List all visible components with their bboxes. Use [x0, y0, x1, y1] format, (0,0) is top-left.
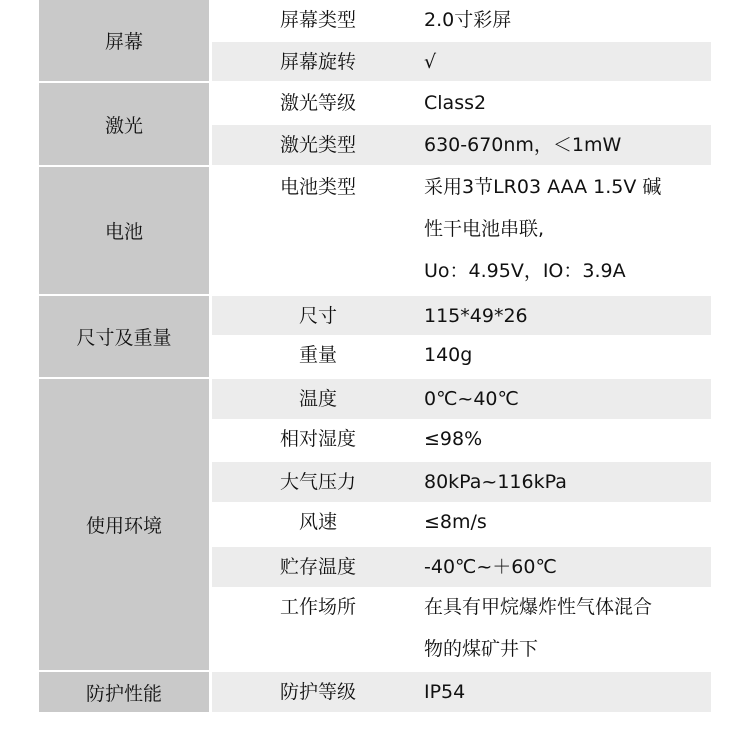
table-row: 屏幕旋转 √ — [212, 42, 711, 81]
group-label: 屏幕 — [39, 0, 209, 81]
table-row: 相对湿度 ≤98% — [212, 419, 711, 462]
value-line: Class2 — [424, 83, 711, 125]
table-row: 大气压力 80kPa~116kPa — [212, 462, 711, 502]
group-rows: 防护等级 IP54 — [212, 672, 711, 712]
group-rows: 屏幕类型 2.0寸彩屏 屏幕旋转 √ — [212, 0, 711, 81]
row-key: 防护等级 — [212, 672, 424, 713]
value-line: ≤8m/s — [424, 502, 711, 544]
table-row: 重量 140g — [212, 335, 711, 377]
value-line: 物的煤矿井下 — [424, 629, 711, 671]
table-row: 电池类型 采用3节LR03 AAA 1.5V 碱 性干电池串联, Uo：4.95… — [212, 167, 711, 294]
value-line: 0℃~40℃ — [424, 379, 711, 421]
group-label: 使用环境 — [39, 379, 209, 670]
value-line: 115*49*26 — [424, 296, 711, 338]
row-value: -40℃~＋60℃ — [424, 547, 711, 589]
table-row: 激光等级 Class2 — [212, 83, 711, 125]
table-row: 温度 0℃~40℃ — [212, 379, 711, 419]
row-key: 工作场所 — [212, 587, 424, 628]
value-line: 80kPa~116kPa — [424, 462, 711, 504]
row-key: 风速 — [212, 502, 424, 543]
checkmark-value: √ — [424, 42, 711, 84]
group-rows: 电池类型 采用3节LR03 AAA 1.5V 碱 性干电池串联, Uo：4.95… — [212, 167, 711, 294]
value-line: 630-670nm，＜1mW — [424, 125, 711, 167]
row-key: 激光类型 — [212, 125, 424, 166]
row-value: 140g — [424, 335, 711, 377]
row-value: 115*49*26 — [424, 296, 711, 338]
value-line: 采用3节LR03 AAA 1.5V 碱 — [424, 167, 711, 209]
group-laser: 激光 激光等级 Class2 激光类型 630-670nm，＜1mW — [39, 83, 711, 165]
group-rows: 温度 0℃~40℃ 相对湿度 ≤98% 大气压力 80kPa~116kPa 风速 — [212, 379, 711, 670]
row-key: 激光等级 — [212, 83, 424, 124]
row-value: 采用3节LR03 AAA 1.5V 碱 性干电池串联, Uo：4.95V，IO：… — [424, 167, 711, 293]
group-screen: 屏幕 屏幕类型 2.0寸彩屏 屏幕旋转 √ — [39, 0, 711, 81]
row-value: 在具有甲烷爆炸性气体混合 物的煤矿井下 — [424, 587, 711, 671]
row-key: 贮存温度 — [212, 547, 424, 588]
spec-table: 屏幕 屏幕类型 2.0寸彩屏 屏幕旋转 √ 激光 激光等级 Class2 — [39, 0, 711, 714]
group-environment: 使用环境 温度 0℃~40℃ 相对湿度 ≤98% 大气压力 80kPa~116k… — [39, 379, 711, 670]
row-value: 80kPa~116kPa — [424, 462, 711, 504]
group-label: 电池 — [39, 167, 209, 294]
value-line: IP54 — [424, 672, 711, 714]
row-value: ≤98% — [424, 419, 711, 461]
row-value: IP54 — [424, 672, 711, 714]
group-label: 防护性能 — [39, 672, 209, 712]
table-row: 风速 ≤8m/s — [212, 502, 711, 547]
row-key: 屏幕类型 — [212, 0, 424, 41]
group-size-weight: 尺寸及重量 尺寸 115*49*26 重量 140g — [39, 296, 711, 377]
value-line: 性干电池串联, — [424, 209, 711, 251]
row-key: 相对湿度 — [212, 419, 424, 460]
row-key: 电池类型 — [212, 167, 424, 208]
row-value: 0℃~40℃ — [424, 379, 711, 421]
row-value: ≤8m/s — [424, 502, 711, 544]
table-row: 屏幕类型 2.0寸彩屏 — [212, 0, 711, 42]
value-line: -40℃~＋60℃ — [424, 547, 711, 589]
table-row: 工作场所 在具有甲烷爆炸性气体混合 物的煤矿井下 — [212, 587, 711, 670]
value-line: 2.0寸彩屏 — [424, 0, 711, 42]
group-protection: 防护性能 防护等级 IP54 — [39, 672, 711, 712]
value-line: 140g — [424, 335, 711, 377]
row-key: 温度 — [212, 379, 424, 420]
row-key: 屏幕旋转 — [212, 42, 424, 83]
row-value: 2.0寸彩屏 — [424, 0, 711, 42]
row-value: √ — [424, 42, 711, 84]
group-label: 激光 — [39, 83, 209, 165]
row-key: 尺寸 — [212, 296, 424, 337]
group-rows: 激光等级 Class2 激光类型 630-670nm，＜1mW — [212, 83, 711, 165]
group-battery: 电池 电池类型 采用3节LR03 AAA 1.5V 碱 性干电池串联, Uo：4… — [39, 167, 711, 294]
group-rows: 尺寸 115*49*26 重量 140g — [212, 296, 711, 377]
value-line: ≤98% — [424, 419, 711, 461]
table-row: 贮存温度 -40℃~＋60℃ — [212, 547, 711, 587]
group-label: 尺寸及重量 — [39, 296, 209, 377]
row-value: Class2 — [424, 83, 711, 125]
value-line: Uo：4.95V，IO：3.9A — [424, 251, 711, 293]
row-key: 重量 — [212, 335, 424, 376]
table-row: 防护等级 IP54 — [212, 672, 711, 712]
table-row: 尺寸 115*49*26 — [212, 296, 711, 335]
row-value: 630-670nm，＜1mW — [424, 125, 711, 167]
table-row: 激光类型 630-670nm，＜1mW — [212, 125, 711, 165]
value-line: 在具有甲烷爆炸性气体混合 — [424, 587, 711, 629]
row-key: 大气压力 — [212, 462, 424, 503]
